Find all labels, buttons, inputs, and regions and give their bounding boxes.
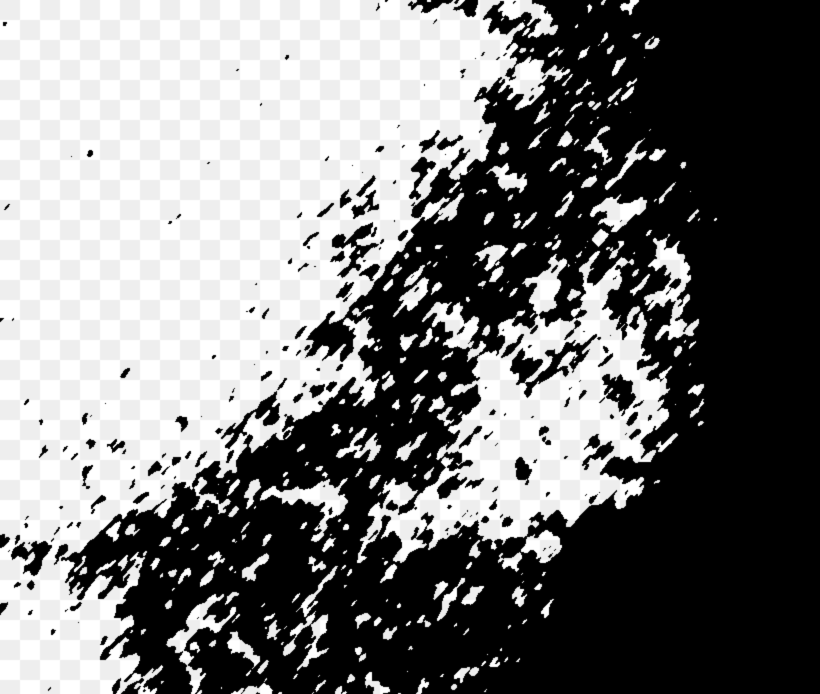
grunge-texture-image [0,0,820,694]
image-viewport [0,0,820,694]
